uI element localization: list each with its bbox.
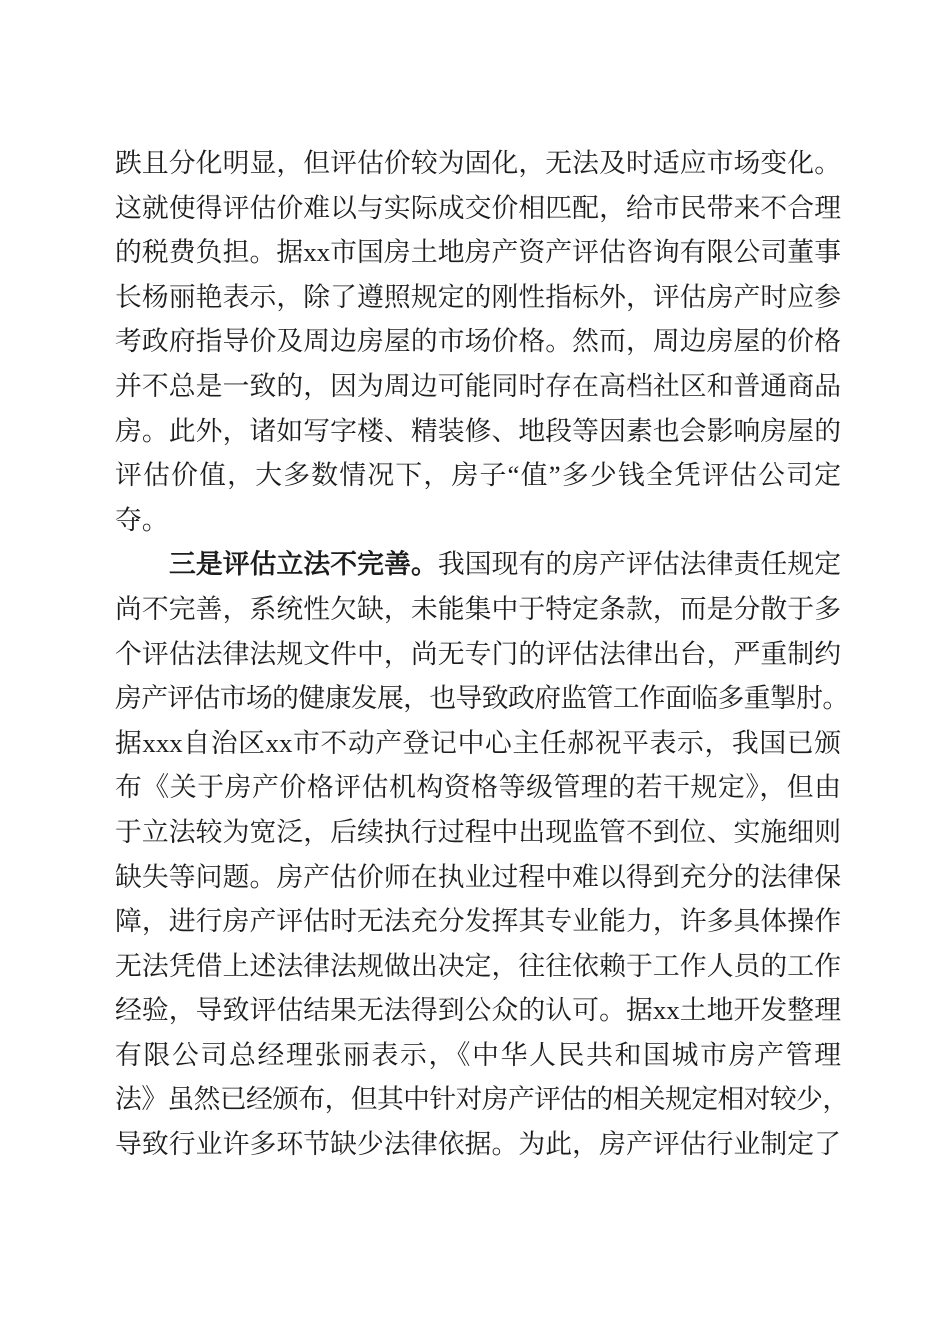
text-line: 个评估法律法规文件中，尚无专门的评估法律出台，严重制约 [115, 632, 841, 677]
text-line: 布《关于房产价格评估机构资格等级管理的若干规定》，但由 [115, 765, 841, 810]
text-line: 房。此外，诸如写字楼、精装修、地段等因素也会影响房屋的 [115, 409, 841, 454]
bold-lead-text: 三是评估立法不完善。 [169, 549, 438, 579]
text-line: 有限公司总经理张丽表示，《中华人民共和国城市房产管理 [115, 1033, 841, 1078]
text-line: 夺。 [115, 498, 841, 543]
paragraph-legislation-imperfect: 三是评估立法不完善。我国现有的房产评估法律责任规定尚不完善，系统性欠缺，未能集中… [115, 542, 841, 1166]
paragraph-evaluation-price-fixed: 跌且分化明显，但评估价较为固化，无法及时适应市场变化。这就使得评估价难以与实际成… [115, 141, 841, 542]
text-line: 房产评估市场的健康发展，也导致政府监管工作面临多重掣肘。 [115, 676, 841, 721]
text-line: 长杨丽艳表示，除了遵照规定的刚性指标外，评估房产时应参 [115, 275, 841, 320]
text-line: 无法凭借上述法律法规做出决定，往往依赖于工作人员的工作 [115, 944, 841, 989]
text-line: 经验，导致评估结果无法得到公众的认可。据xx土地开发整理 [115, 988, 841, 1033]
text-line: 于立法较为宽泛，后续执行过程中出现监管不到位、实施细则 [115, 810, 841, 855]
text-line: 跌且分化明显，但评估价较为固化，无法及时适应市场变化。 [115, 141, 841, 186]
text-line: 据xxx自治区xx市不动产登记中心主任郝祝平表示，我国已颁 [115, 721, 841, 766]
text-line: 法》虽然已经颁布，但其中针对房产评估的相关规定相对较少， [115, 1077, 841, 1122]
text-line: 尚不完善，系统性欠缺，未能集中于特定条款，而是分散于多 [115, 587, 841, 632]
document-page: 跌且分化明显，但评估价较为固化，无法及时适应市场变化。这就使得评估价难以与实际成… [0, 0, 950, 1344]
text-line: 导致行业许多环节缺少法律依据。为此，房产评估行业制定了 [115, 1122, 841, 1167]
text-line: 的税费负担。据xx市国房土地房产资产评估咨询有限公司董事 [115, 230, 841, 275]
text-line: 缺失等问题。房产估价师在执业过程中难以得到充分的法律保 [115, 855, 841, 900]
text-line: 三是评估立法不完善。我国现有的房产评估法律责任规定 [115, 542, 841, 587]
text-line: 评估价值，大多数情况下，房子“值”多少钱全凭评估公司定 [115, 453, 841, 498]
document-body: 跌且分化明显，但评估价较为固化，无法及时适应市场变化。这就使得评估价难以与实际成… [115, 141, 841, 1167]
text-line: 这就使得评估价难以与实际成交价相匹配，给市民带来不合理 [115, 186, 841, 231]
text-line: 并不总是一致的，因为周边可能同时存在高档社区和普通商品 [115, 364, 841, 409]
text-line: 障，进行房产评估时无法充分发挥其专业能力，许多具体操作 [115, 899, 841, 944]
text-line: 考政府指导价及周边房屋的市场价格。然而，周边房屋的价格 [115, 319, 841, 364]
